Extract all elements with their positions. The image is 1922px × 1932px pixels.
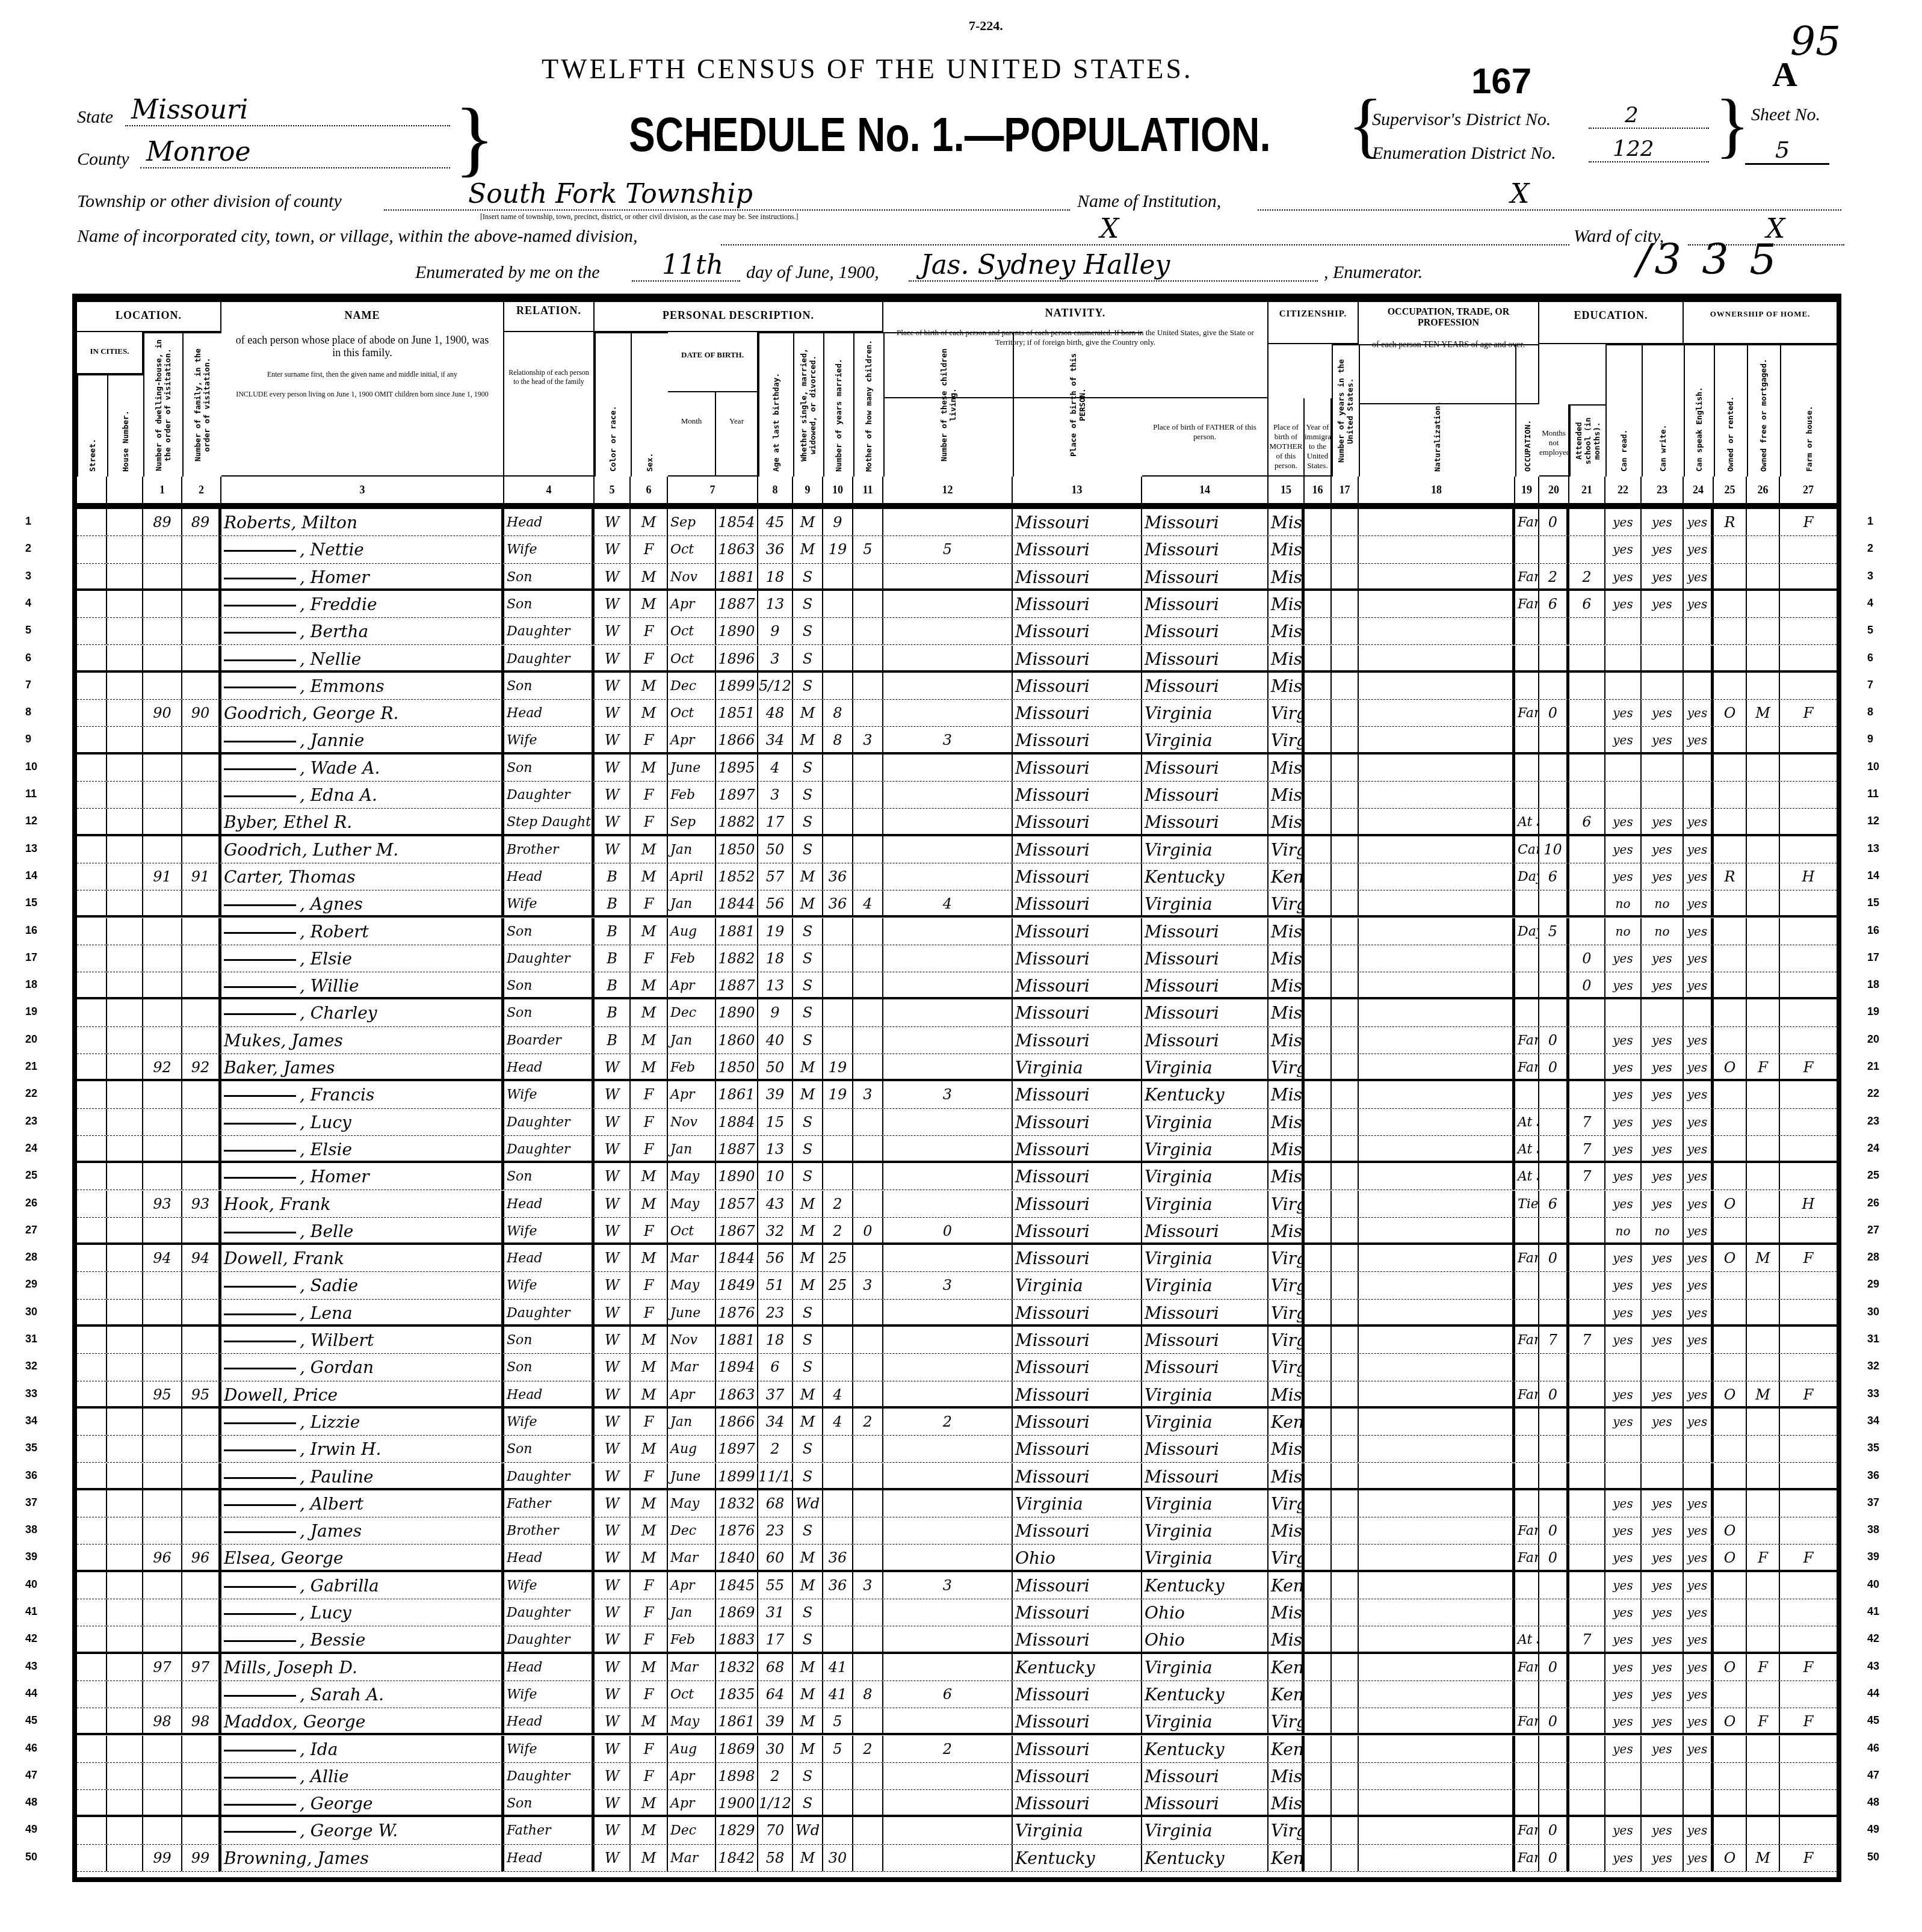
cell-fb: Virginia (1142, 1245, 1268, 1271)
cell-fam (182, 1817, 221, 1844)
cell-occ (1515, 1218, 1539, 1242)
cell-age: 39 (758, 1081, 793, 1108)
line-number: 28 (25, 1251, 37, 1264)
cell-blank (107, 1436, 143, 1462)
cell-name: Browning, James (221, 1845, 504, 1871)
cell-sch (1569, 1354, 1605, 1380)
cell-mc: 3 (853, 1081, 883, 1108)
cell-mon: Mar (668, 1654, 716, 1680)
cell-wr (1642, 673, 1684, 699)
cell-mb: Missouri (1268, 1599, 1305, 1626)
table-row: , GeorgeSonWMApr19001/12SMissouriMissour… (77, 1790, 1837, 1817)
cell-pb: Missouri (1013, 618, 1142, 644)
group-citizenship: CITIZENSHIP. (1268, 302, 1359, 344)
column-header-17: Number of years in the United States. (1332, 344, 1359, 477)
cell-fam (182, 1790, 221, 1815)
cell-pb: Missouri (1013, 1081, 1142, 1108)
cell-fm (1747, 673, 1780, 699)
cell-fh: F (1780, 1708, 1838, 1733)
cell-mb: Missouri (1268, 755, 1305, 781)
cell-fh (1780, 1272, 1838, 1298)
cell-sch (1569, 673, 1605, 699)
cell-ym (823, 1599, 853, 1626)
cell-blank (1305, 1409, 1332, 1435)
line-number: 19 (25, 1005, 37, 1018)
cell-fh (1780, 782, 1838, 808)
column-number: 13 (1013, 477, 1142, 503)
cell-mc (853, 1027, 883, 1054)
cell-blank (1305, 1817, 1332, 1844)
cell-mne (1539, 1081, 1569, 1108)
cell-fam (182, 836, 221, 863)
cell-occ (1515, 727, 1539, 752)
cell-blank (1332, 836, 1359, 863)
cell-own (1714, 536, 1747, 563)
cell-occ: Farmer (1515, 700, 1539, 726)
cell-en: yes (1684, 890, 1714, 915)
column-number: 12 (883, 477, 1013, 503)
cell-fb: Missouri (1142, 918, 1268, 945)
cell-fb: Virginia (1142, 700, 1268, 726)
cell-fb: Missouri (1142, 1354, 1268, 1380)
cell-ms: M (793, 1245, 823, 1271)
cell-rel: Wife (504, 727, 595, 752)
given-name: , Lena (300, 1303, 353, 1323)
cell-fm: F (1747, 1545, 1780, 1569)
cell-rd (1605, 1763, 1642, 1789)
cell-blank (1305, 1845, 1332, 1871)
line-number: 1 (1867, 515, 1873, 528)
cell-sex: M (631, 1054, 668, 1079)
cell-fb: Virginia (1142, 1191, 1268, 1217)
column-number: 25 (1714, 477, 1747, 503)
county-label: County (77, 149, 129, 170)
column-number: 26 (1747, 477, 1780, 503)
cell-own (1714, 1817, 1747, 1844)
cell-dw (143, 1626, 182, 1651)
cell-blank (107, 999, 143, 1026)
ward-marks: /3 3 5 (1637, 235, 1780, 284)
enumerated-prefix: Enumerated by me on the (415, 262, 600, 283)
cell-rd: yes (1605, 1300, 1642, 1324)
line-number: 10 (25, 761, 37, 773)
cell-wr: yes (1642, 1708, 1684, 1733)
cell-dw (143, 1163, 182, 1190)
cell-mne (1539, 945, 1569, 972)
enumeration-district-field[interactable]: Enumeration District No. 122 (1372, 136, 1709, 166)
sheet-number-field[interactable]: Sheet No. 5 (1745, 102, 1829, 168)
cell-fm (1747, 1191, 1780, 1217)
cell-mne (1539, 1218, 1569, 1242)
cell-age: 51 (758, 1272, 793, 1298)
cell-fm (1747, 1790, 1780, 1815)
table-row: , LucyDaughterWFJan186931SMissouriOhioMi… (77, 1599, 1837, 1626)
column-header-23: Can write. (1642, 344, 1684, 477)
cell-sch (1569, 1490, 1605, 1517)
cell-mne (1539, 809, 1569, 833)
cell-blank (107, 1081, 143, 1108)
cell-mne (1539, 1790, 1569, 1815)
cell-pb: Missouri (1013, 1708, 1142, 1733)
cell-blank (107, 1681, 143, 1708)
cell-sex: M (631, 591, 668, 617)
cell-fam: 89 (182, 509, 221, 535)
cell-mc (853, 1599, 883, 1626)
sheet-letter: A (1772, 54, 1797, 94)
given-name: , Charley (300, 1003, 377, 1023)
cell-cl (883, 1109, 1013, 1135)
column-header-27: Farm or house. (1780, 344, 1838, 477)
cell-fh (1780, 646, 1838, 670)
cell-own: O (1714, 1245, 1747, 1271)
cell-blank (1305, 890, 1332, 915)
cell-cl: 2 (883, 1409, 1013, 1435)
cell-name: , Irwin H. (221, 1436, 504, 1462)
cell-en (1684, 782, 1714, 808)
table-row: 9797Mills, Joseph D.HeadWMMar183268M41Ke… (77, 1654, 1837, 1681)
enumerator-name-field[interactable]: Jas. Sydney Halley (909, 250, 1318, 282)
cell-occ: Tie Maker (1515, 1191, 1539, 1217)
county-field[interactable]: County Monroe (77, 138, 450, 172)
cell-own (1714, 1218, 1747, 1242)
cell-ym: 2 (823, 1218, 853, 1242)
cell-dw: 89 (143, 509, 182, 535)
cell-sex: F (631, 1218, 668, 1242)
cell-sch (1569, 536, 1605, 563)
cell-occ: Farm Laborer (1515, 1027, 1539, 1054)
relation-header: RELATION. (504, 302, 593, 332)
cell-sch (1569, 1409, 1605, 1435)
table-row: 9898Maddox, GeorgeHeadWMMay186139M5Misso… (77, 1708, 1837, 1735)
cell-fm (1747, 1817, 1780, 1844)
cell-dw (143, 1109, 182, 1135)
cell-yr: 1844 (716, 890, 758, 915)
cell-mon: Mar (668, 1545, 716, 1569)
cell-dw (143, 673, 182, 699)
cell-mb: Missouri (1268, 536, 1305, 563)
line-number: 46 (25, 1742, 37, 1755)
cell-fm (1747, 1681, 1780, 1708)
cell-cl (883, 809, 1013, 833)
cell-yr: 1849 (716, 1272, 758, 1298)
cell-wr: yes (1642, 972, 1684, 997)
cell-fb: Missouri (1142, 1218, 1268, 1242)
state-value: Missouri (131, 94, 248, 125)
cell-rel: Wife (504, 1409, 595, 1435)
cell-ms: M (793, 1845, 823, 1871)
cell-blank (107, 727, 143, 752)
cell-mc (853, 564, 883, 588)
cell-blank (77, 1736, 107, 1762)
cell-fm (1747, 782, 1780, 808)
cell-own (1714, 1327, 1747, 1353)
column-header-14: Place of birth of FATHER of this person. (1142, 398, 1268, 477)
cell-sch (1569, 1463, 1605, 1488)
table-row: , Wade A.SonWMJune18954SMissouriMissouri… (77, 755, 1837, 782)
cell-blank (77, 1272, 107, 1298)
cell-pb: Ohio (1013, 1545, 1142, 1569)
cell-wr: yes (1642, 1409, 1684, 1435)
cell-fm (1747, 945, 1780, 972)
cell-mne (1539, 1490, 1569, 1517)
cell-name: , Freddie (221, 591, 504, 617)
cell-name: Maddox, George (221, 1708, 504, 1733)
cell-sch: 7 (1569, 1163, 1605, 1190)
cell-blank (77, 945, 107, 972)
cell-ms: M (793, 1681, 823, 1708)
table-row: 9595Dowell, PriceHeadWMApr186337M4Missou… (77, 1381, 1837, 1409)
cell-mne: 0 (1539, 1381, 1569, 1406)
cell-fb: Missouri (1142, 618, 1268, 644)
cell-wr: yes (1642, 1654, 1684, 1680)
cell-en (1684, 1790, 1714, 1815)
given-name: , Homer (300, 567, 369, 587)
cell-mc (853, 1354, 883, 1380)
cell-fam: 99 (182, 1845, 221, 1871)
ditto-dash (224, 1150, 296, 1152)
cell-mne: 0 (1539, 1054, 1569, 1079)
cell-blank (1359, 1681, 1515, 1708)
column-number: 6 (631, 477, 668, 503)
cell-age: 36 (758, 536, 793, 563)
cell-own (1714, 1409, 1747, 1435)
cell-sch (1569, 1300, 1605, 1324)
cell-fam (182, 1354, 221, 1380)
cell-occ: Farmer (1515, 1245, 1539, 1271)
cell-fam (182, 1081, 221, 1108)
enumerated-day-field[interactable]: 11th (632, 250, 740, 282)
cell-race: W (595, 536, 631, 563)
cell-mon: Sep (668, 509, 716, 535)
column-header-7-year: Year (716, 392, 758, 477)
cell-name: , James (221, 1517, 504, 1544)
cell-sch (1569, 1054, 1605, 1079)
cell-name: , Sadie (221, 1272, 504, 1298)
line-number: 8 (25, 706, 31, 718)
cell-ms: S (793, 1463, 823, 1488)
cell-age: 56 (758, 890, 793, 915)
cell-rel: Wife (504, 1572, 595, 1599)
line-number: 31 (1867, 1333, 1879, 1345)
cell-en: yes (1684, 1517, 1714, 1544)
cell-own (1714, 782, 1747, 808)
cell-own (1714, 1490, 1747, 1517)
cell-blank (1305, 1109, 1332, 1135)
cell-blank (1332, 1191, 1359, 1217)
cell-occ (1515, 673, 1539, 699)
cell-cl (883, 1490, 1013, 1517)
cell-mon: Nov (668, 1109, 716, 1135)
cell-mon: Jan (668, 1409, 716, 1435)
cell-rel: Head (504, 1054, 595, 1079)
cell-mon: Mar (668, 1354, 716, 1380)
cell-ym: 36 (823, 863, 853, 890)
column-number: 11 (853, 477, 883, 503)
cell-dw (143, 890, 182, 915)
given-name: , Belle (300, 1221, 353, 1241)
cell-age: 50 (758, 836, 793, 863)
line-number: 26 (25, 1197, 37, 1209)
cell-cl (883, 509, 1013, 535)
line-number: 48 (1867, 1796, 1879, 1809)
cell-race: W (595, 1163, 631, 1190)
line-number: 12 (1867, 815, 1879, 827)
cell-fh (1780, 918, 1838, 945)
cell-race: W (595, 1763, 631, 1789)
cell-fh (1780, 755, 1838, 781)
census-title: TWELFTH CENSUS OF THE UNITED STATES. (542, 53, 1193, 85)
state-field[interactable]: State Missouri (77, 96, 450, 130)
column-number: 7 (668, 477, 758, 503)
cell-blank (1359, 755, 1515, 781)
cell-fh (1780, 1409, 1838, 1435)
cell-wr: yes (1642, 1054, 1684, 1079)
cell-wr: yes (1642, 564, 1684, 588)
cell-blank (1332, 1545, 1359, 1569)
cell-pb: Missouri (1013, 863, 1142, 890)
supervisor-district-field[interactable]: Supervisor's District No. 2 (1372, 102, 1709, 132)
cell-yr: 1840 (716, 1545, 758, 1569)
cell-mc (853, 1327, 883, 1353)
cell-race: W (595, 1599, 631, 1626)
cell-age: 3 (758, 782, 793, 808)
cell-rel: Daughter (504, 945, 595, 972)
cell-ym: 36 (823, 890, 853, 915)
cell-blank (1332, 1109, 1359, 1135)
city-field[interactable]: Name of incorporated city, town, or vill… (77, 217, 1569, 250)
cell-ms: M (793, 1654, 823, 1680)
line-number: 25 (25, 1169, 37, 1182)
cell-age: 70 (758, 1817, 793, 1844)
table-row: , AgnesWifeBFJan184456M3644MissouriVirgi… (77, 890, 1837, 918)
cell-pb: Missouri (1013, 918, 1142, 945)
line-number: 14 (1867, 869, 1879, 882)
cell-dw: 95 (143, 1381, 182, 1406)
cell-mc (853, 1136, 883, 1161)
cell-ms: S (793, 1626, 823, 1651)
cell-sex: M (631, 1381, 668, 1406)
cell-mon: Feb (668, 1626, 716, 1651)
cell-wr: yes (1642, 1136, 1684, 1161)
cell-mne (1539, 1681, 1569, 1708)
cell-mon: Mar (668, 1245, 716, 1271)
township-field[interactable]: Township or other division of county Sou… (77, 181, 1070, 217)
cell-own (1714, 836, 1747, 863)
cell-sch: 0 (1569, 972, 1605, 997)
cell-en: yes (1684, 863, 1714, 890)
cell-mon: May (668, 1272, 716, 1298)
cell-blank (1332, 972, 1359, 997)
cell-en: yes (1684, 1300, 1714, 1324)
cell-fam (182, 1136, 221, 1161)
cell-dw: 93 (143, 1191, 182, 1217)
cell-fm (1747, 1081, 1780, 1108)
table-row: , JannieWifeWFApr186634M833MissouriVirgi… (77, 727, 1837, 754)
given-name: , Lucy (300, 1603, 351, 1623)
institution-field[interactable]: Name of Institution, X (1077, 181, 1841, 217)
cell-yr: 1866 (716, 727, 758, 752)
cell-name: , Willie (221, 972, 504, 997)
cell-pb: Missouri (1013, 945, 1142, 972)
cell-pb: Missouri (1013, 1517, 1142, 1544)
line-number: 1 (25, 515, 31, 528)
cell-own (1714, 618, 1747, 644)
line-number: 6 (25, 652, 31, 664)
district-box: { Supervisor's District No. 2 Enumeratio… (1366, 102, 1829, 168)
cell-blank (77, 1054, 107, 1079)
cell-ym (823, 1790, 853, 1815)
table-row: , SadieWifeWFMay184951M2533VirginiaVirgi… (77, 1272, 1837, 1299)
line-number: 21 (25, 1060, 37, 1073)
cell-fm (1747, 1136, 1780, 1161)
cell-blank (1305, 1545, 1332, 1569)
line-number: 41 (25, 1605, 37, 1618)
cell-occ: Day Laborer (1515, 918, 1539, 945)
given-name: , George (300, 1794, 372, 1813)
cell-race: W (595, 1191, 631, 1217)
cell-mne (1539, 972, 1569, 997)
cell-ym (823, 836, 853, 863)
cell-en (1684, 646, 1714, 670)
cell-own (1714, 564, 1747, 588)
cell-blank (107, 1163, 143, 1190)
cell-rel: Wife (504, 890, 595, 915)
cell-mc (853, 945, 883, 972)
cell-blank (1332, 1272, 1359, 1298)
cell-mb: Virginia (1268, 890, 1305, 915)
table-row: , EmmonsSonWMDec18995/12SMissouriMissour… (77, 673, 1837, 700)
column-header-19: OCCUPATION. (1515, 344, 1539, 477)
cell-rel: Son (504, 918, 595, 945)
cell-sex: M (631, 1327, 668, 1353)
cell-rel: Daughter (504, 1626, 595, 1651)
cell-blank (1359, 1436, 1515, 1462)
cell-name: , Pauline (221, 1463, 504, 1488)
cell-sex: F (631, 1763, 668, 1789)
cell-blank (77, 1081, 107, 1108)
cell-blank (1359, 918, 1515, 945)
cell-blank (107, 1381, 143, 1406)
cell-name: Byber, Ethel R. (221, 809, 504, 833)
cell-blank (1332, 1027, 1359, 1054)
cell-blank (1359, 509, 1515, 535)
cell-own (1714, 1354, 1747, 1380)
cell-ym: 5 (823, 1736, 853, 1762)
cell-name: , Nettie (221, 536, 504, 563)
cell-en: yes (1684, 1409, 1714, 1435)
cell-fm (1747, 509, 1780, 535)
cell-rd: yes (1605, 809, 1642, 833)
cell-rel: Daughter (504, 1763, 595, 1789)
cell-dw (143, 755, 182, 781)
cell-blank (107, 1409, 143, 1435)
cell-mon: Jan (668, 1136, 716, 1161)
cell-race: W (595, 1790, 631, 1815)
cell-blank (107, 1572, 143, 1599)
cell-race: W (595, 1381, 631, 1406)
cell-en: yes (1684, 1027, 1714, 1054)
line-number: 11 (25, 788, 37, 800)
cell-rel: Son (504, 591, 595, 617)
cell-race: W (595, 727, 631, 752)
cell-ym (823, 1463, 853, 1488)
cell-fm (1747, 1626, 1780, 1651)
form-number: 7-224. (969, 18, 1003, 34)
cell-occ (1515, 1736, 1539, 1762)
cell-dw (143, 591, 182, 617)
cell-name: , Edna A. (221, 782, 504, 808)
cell-rd: yes (1605, 1163, 1642, 1190)
